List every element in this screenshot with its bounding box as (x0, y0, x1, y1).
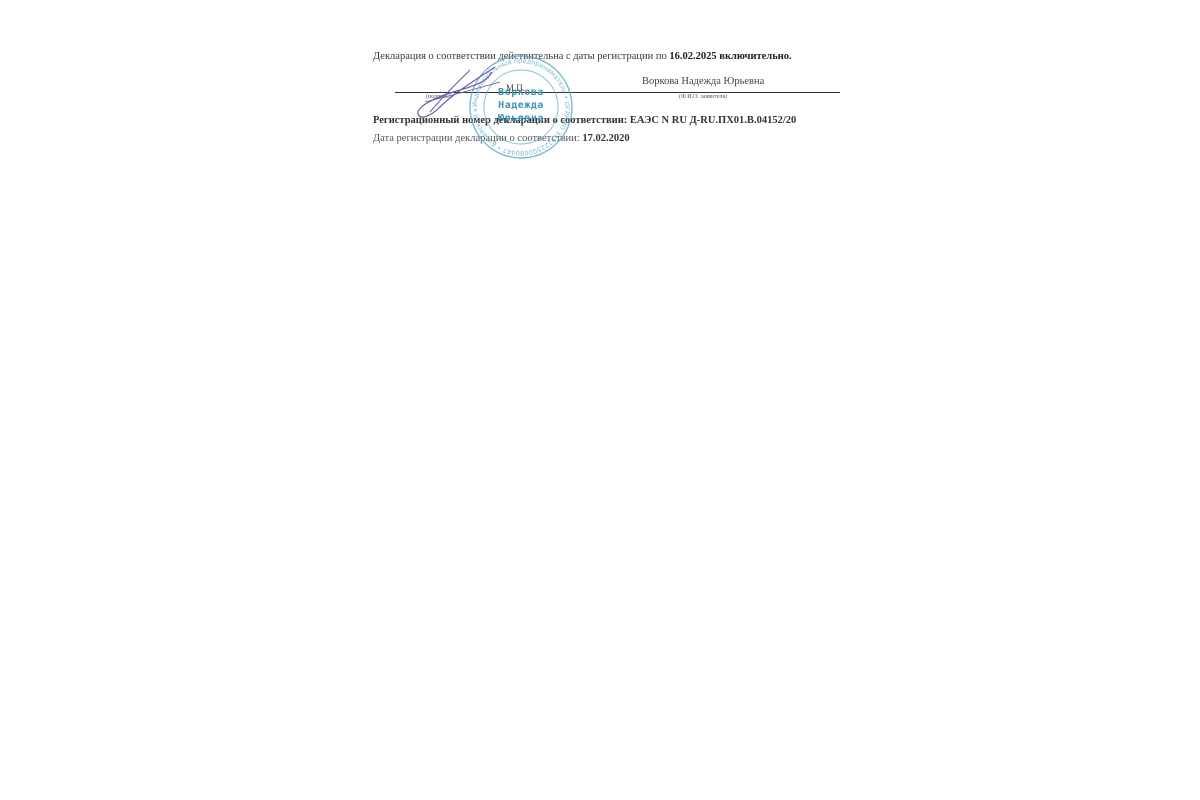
validity-statement: Декларация о соответствии действительна … (373, 51, 792, 62)
registration-date: 17.02.2020 (582, 133, 629, 144)
applicant-name: Воркова Надежда Юрьевна (642, 76, 764, 87)
validity-date: 16.02.2025 включительно. (669, 51, 791, 62)
document-page: Декларация о соответствии действительна … (0, 0, 1200, 800)
handwritten-signature-icon (400, 62, 520, 122)
applicant-caption: (Ф.И.О. заявителя) (679, 94, 727, 100)
